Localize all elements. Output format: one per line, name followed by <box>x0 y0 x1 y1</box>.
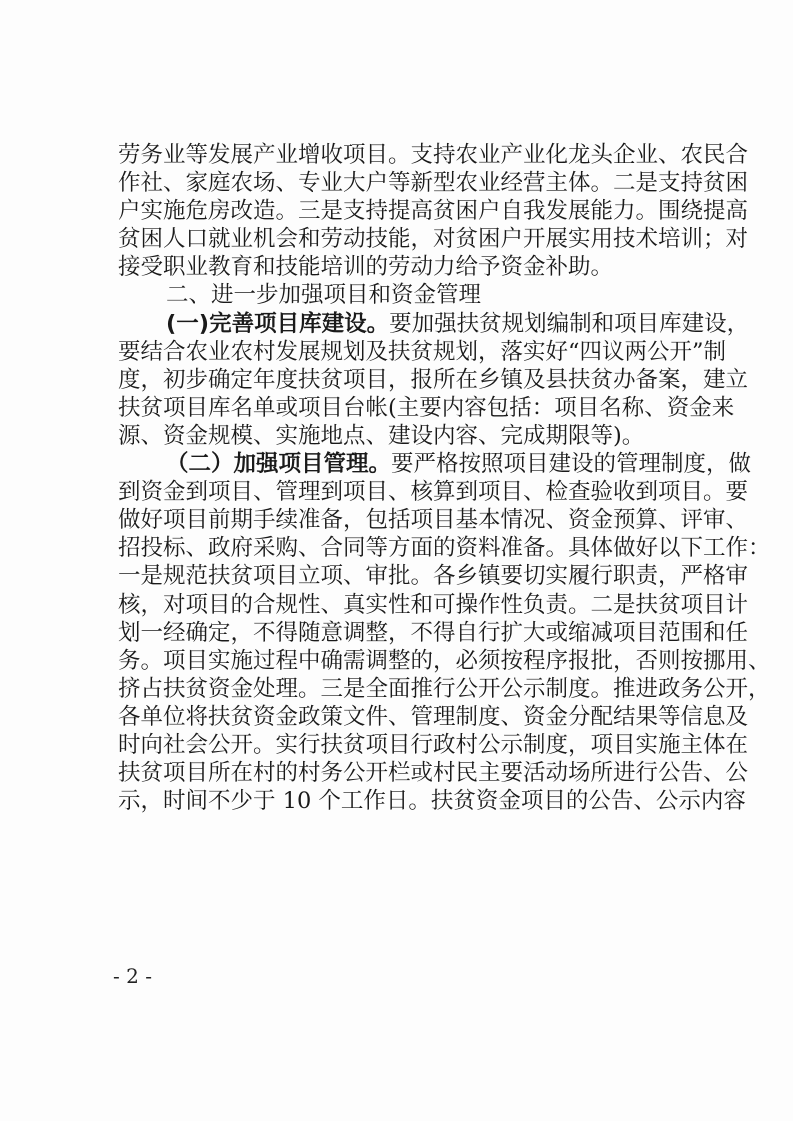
paragraph-support-projects: 劳务业等发展产业增收项目。支持农业产业化龙头企业、农民合 作社、家庭农场、专业大… <box>118 141 684 281</box>
text-line: （二）加强项目管理。要严格按照项目建设的管理制度，做 <box>118 450 684 478</box>
document-page: 劳务业等发展产业增收项目。支持农业产业化龙头企业、农民合 作社、家庭农场、专业大… <box>0 0 793 1121</box>
text-line: 扶贫项目库名单或项目台帐(主要内容包括：项目名称、资金来 <box>118 394 684 422</box>
text-line: 贫困人口就业机会和劳动技能，对贫困户开展实用技术培训；对 <box>118 225 684 253</box>
text-line: 核，对项目的合规性、真实性和可操作性负责。二是扶贫项目计 <box>118 591 684 619</box>
text-line: 到资金到项目、管理到项目、核算到项目、检查验收到项目。要 <box>118 478 684 506</box>
text-line: 挤占扶贫资金处理。三是全面推行公开公示制度。推进政务公开， <box>118 675 684 703</box>
text-line: 扶贫项目所在村的村务公开栏或村民主要活动场所进行公告、公 <box>118 759 684 787</box>
text-line: 示，时间不少于 10 个工作日。扶贫资金项目的公告、公示内容 <box>118 787 684 815</box>
subsection-project-library: (一)完善项目库建设。要加强扶贫规划编制和项目库建设， 要结合农业农村发展规划及… <box>118 310 684 450</box>
subsection-title: （二）加强项目管理。 <box>166 451 391 477</box>
text-line: 接受职业教育和技能培训的劳动力给予资金补助。 <box>118 253 684 281</box>
text-line: 时向社会公开。实行扶贫项目行政村公示制度，项目实施主体在 <box>118 731 684 759</box>
text-line: 招投标、政府采购、合同等方面的资料准备。具体做好以下工作： <box>118 534 684 562</box>
subsection-title: (一)完善项目库建设。 <box>166 311 389 337</box>
text-line: 务。项目实施过程中确需调整的，必须按程序报批，否则按挪用、 <box>118 647 684 675</box>
section-heading: 二、进一步加强项目和资金管理 <box>118 281 684 309</box>
text-line: 要结合农业农村发展规划及扶贫规划，落实好“四议两公开”制 <box>118 338 684 366</box>
page-number: - 2 - <box>113 964 152 988</box>
text-line: 源、资金规模、实施地点、建设内容、完成期限等)。 <box>118 422 684 450</box>
text-line: 划一经确定，不得随意调整，不得自行扩大或缩减项目范围和任 <box>118 619 684 647</box>
text-line-rest: 要严格按照项目建设的管理制度，做 <box>391 451 751 477</box>
text-line: 户实施危房改造。三是支持提高贫困户自我发展能力。围绕提高 <box>118 197 684 225</box>
text-line: 做好项目前期手续准备，包括项目基本情况、资金预算、评审、 <box>118 506 684 534</box>
text-line: 一是规范扶贫项目立项、审批。各乡镇要切实履行职责，严格审 <box>118 562 684 590</box>
text-line: 各单位将扶贫资金政策文件、管理制度、资金分配结果等信息及 <box>118 703 684 731</box>
document-body: 劳务业等发展产业增收项目。支持农业产业化龙头企业、农民合 作社、家庭农场、专业大… <box>118 141 684 815</box>
text-line: 作社、家庭农场、专业大户等新型农业经营主体。二是支持贫困 <box>118 169 684 197</box>
text-line: (一)完善项目库建设。要加强扶贫规划编制和项目库建设， <box>118 310 684 338</box>
text-line: 劳务业等发展产业增收项目。支持农业产业化龙头企业、农民合 <box>118 141 684 169</box>
text-line-rest: 要加强扶贫规划编制和项目库建设， <box>389 311 749 337</box>
text-line: 度，初步确定年度扶贫项目，报所在乡镇及县扶贫办备案，建立 <box>118 366 684 394</box>
subsection-project-management: （二）加强项目管理。要严格按照项目建设的管理制度，做 到资金到项目、管理到项目、… <box>118 450 684 815</box>
